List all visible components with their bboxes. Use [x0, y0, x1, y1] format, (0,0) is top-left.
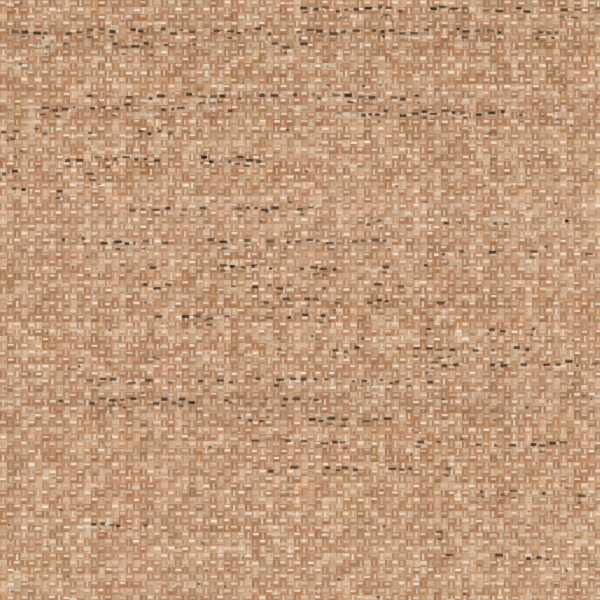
fabric-photo — [0, 0, 600, 600]
fabric-texture-canvas — [0, 0, 600, 600]
